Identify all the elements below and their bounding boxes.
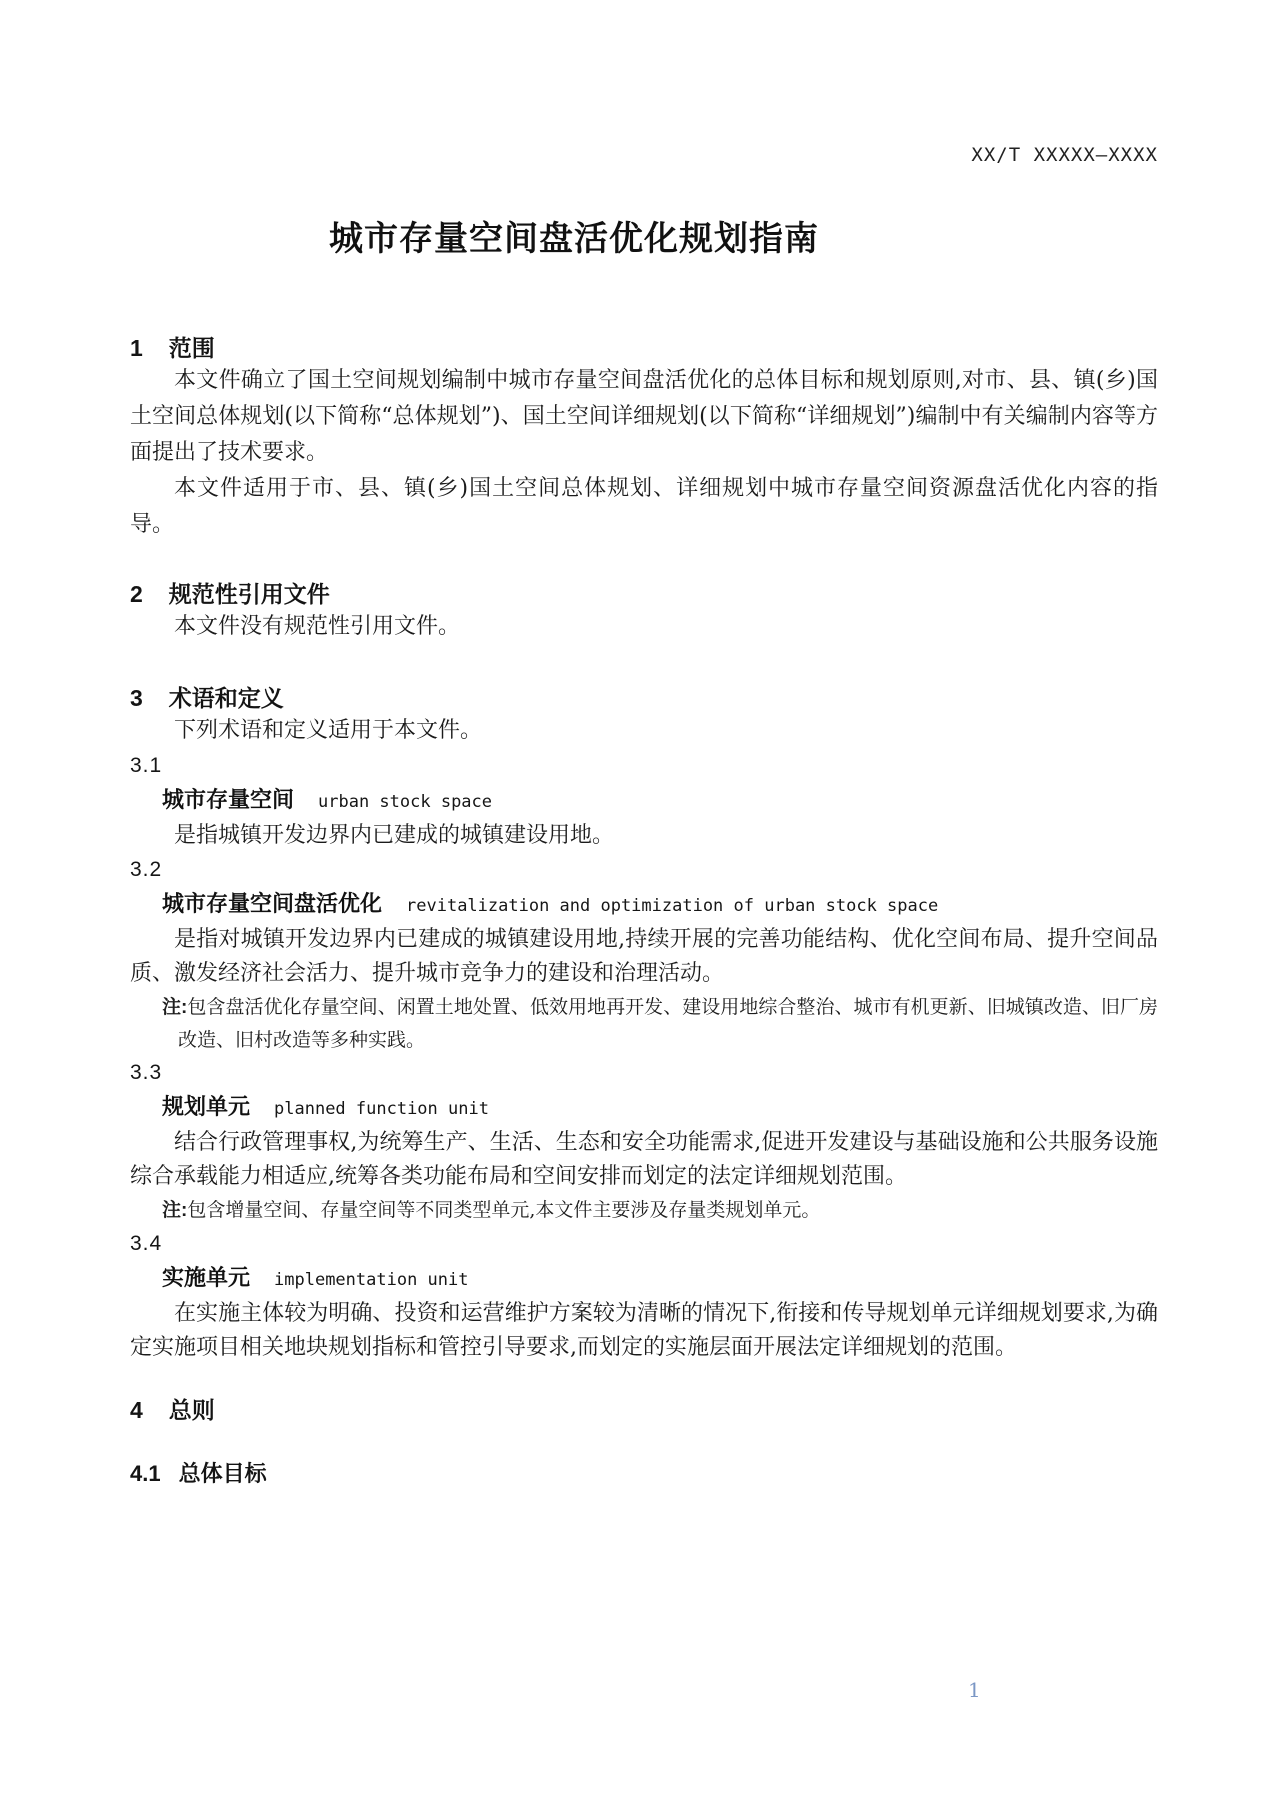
section-4-title: 总则 — [169, 1397, 215, 1423]
section-4-1-number: 4.1 — [130, 1459, 161, 1489]
section-1-title: 范围 — [169, 335, 215, 361]
document-title: 城市存量空间盘活优化规划指南 — [60, 215, 1088, 263]
term-3-2-definition: 是指对城镇开发边界内已建成的城镇建设用地,持续开展的完善功能结构、优化空间布局、… — [130, 923, 1158, 991]
section-2-number: 2 — [130, 579, 143, 609]
section-2-title: 规范性引用文件 — [169, 581, 330, 607]
term-3-3-number: 3.3 — [130, 1056, 1158, 1090]
section-1-paragraph-2: 本文件适用于市、县、镇(乡)国土空间总体规划、详细规划中城市存量空间资源盘活优化… — [130, 471, 1158, 543]
term-3-1-definition: 是指城镇开发边界内已建成的城镇建设用地。 — [130, 819, 1158, 853]
term-3-2-zh: 城市存量空间盘活优化 — [162, 891, 382, 916]
term-3-3-note-text: 包含增量空间、存量空间等不同类型单元,本文件主要涉及存量类规划单元。 — [187, 1199, 820, 1221]
section-3-intro: 下列术语和定义适用于本文件。 — [130, 713, 1158, 749]
term-3-4: 3.4 实施单元implementation unit 在实施主体较为明确、投资… — [130, 1227, 1158, 1365]
term-3-2-name: 城市存量空间盘活优化revitalization and optimizatio… — [130, 887, 1158, 923]
page-number: 1 — [968, 1678, 981, 1702]
term-3-4-zh: 实施单元 — [162, 1265, 250, 1290]
standard-code: XX/T XXXXX—XXXX — [130, 0, 1158, 168]
section-4-1-title: 总体目标 — [179, 1461, 267, 1486]
section-2-heading: 2规范性引用文件 — [130, 579, 1158, 609]
term-3-1-name: 城市存量空间urban stock space — [130, 783, 1158, 819]
term-3-4-name: 实施单元implementation unit — [130, 1261, 1158, 1297]
section-2-paragraph-1: 本文件没有规范性引用文件。 — [130, 609, 1158, 645]
section-1-heading: 1范围 — [130, 333, 1158, 363]
document-page: XX/T XXXXX—XXXX 城市存量空间盘活优化规划指南 1范围 本文件确立… — [0, 0, 1280, 1809]
term-3-3-en: planned function unit — [274, 1099, 489, 1119]
section-4-number: 4 — [130, 1395, 143, 1425]
term-3-2: 3.2 城市存量空间盘活优化revitalization and optimiz… — [130, 853, 1158, 1056]
section-3-number: 3 — [130, 683, 143, 713]
term-3-1: 3.1 城市存量空间urban stock space 是指城镇开发边界内已建成… — [130, 749, 1158, 853]
term-3-3-note: 注:包含增量空间、存量空间等不同类型单元,本文件主要涉及存量类规划单元。 — [130, 1194, 1158, 1227]
term-3-1-en: urban stock space — [318, 792, 492, 812]
term-3-3: 3.3 规划单元planned function unit 结合行政管理事权,为… — [130, 1056, 1158, 1227]
term-3-2-en: revitalization and optimization of urban… — [406, 896, 938, 916]
term-3-4-definition: 在实施主体较为明确、投资和运营维护方案较为清晰的情况下,衔接和传导规划单元详细规… — [130, 1297, 1158, 1365]
section-1-paragraph-1: 本文件确立了国土空间规划编制中城市存量空间盘活优化的总体目标和规划原则,对市、县… — [130, 363, 1158, 471]
term-3-3-zh: 规划单元 — [162, 1094, 250, 1119]
term-3-2-note: 注:包含盘活优化存量空间、闲置土地处置、低效用地再开发、建设用地综合整治、城市有… — [130, 991, 1158, 1056]
term-3-4-en: implementation unit — [274, 1270, 468, 1290]
section-4-1-heading: 4.1总体目标 — [130, 1459, 1158, 1489]
term-3-3-definition: 结合行政管理事权,为统筹生产、生活、生态和安全功能需求,促进开发建设与基础设施和… — [130, 1126, 1158, 1194]
term-3-1-number: 3.1 — [130, 749, 1158, 783]
section-1-number: 1 — [130, 333, 143, 363]
term-3-2-note-label: 注: — [162, 997, 187, 1018]
term-3-2-note-text: 包含盘活优化存量空间、闲置土地处置、低效用地再开发、建设用地综合整治、城市有机更… — [178, 996, 1158, 1051]
term-3-1-zh: 城市存量空间 — [162, 787, 294, 812]
term-3-4-number: 3.4 — [130, 1227, 1158, 1261]
term-3-3-name: 规划单元planned function unit — [130, 1090, 1158, 1126]
term-3-2-number: 3.2 — [130, 853, 1158, 887]
section-4-heading: 4总则 — [130, 1395, 1158, 1425]
terms-list: 3.1 城市存量空间urban stock space 是指城镇开发边界内已建成… — [130, 749, 1158, 1365]
term-3-3-note-label: 注: — [162, 1200, 187, 1221]
section-3-title: 术语和定义 — [169, 685, 284, 711]
section-3-heading: 3术语和定义 — [130, 683, 1158, 713]
